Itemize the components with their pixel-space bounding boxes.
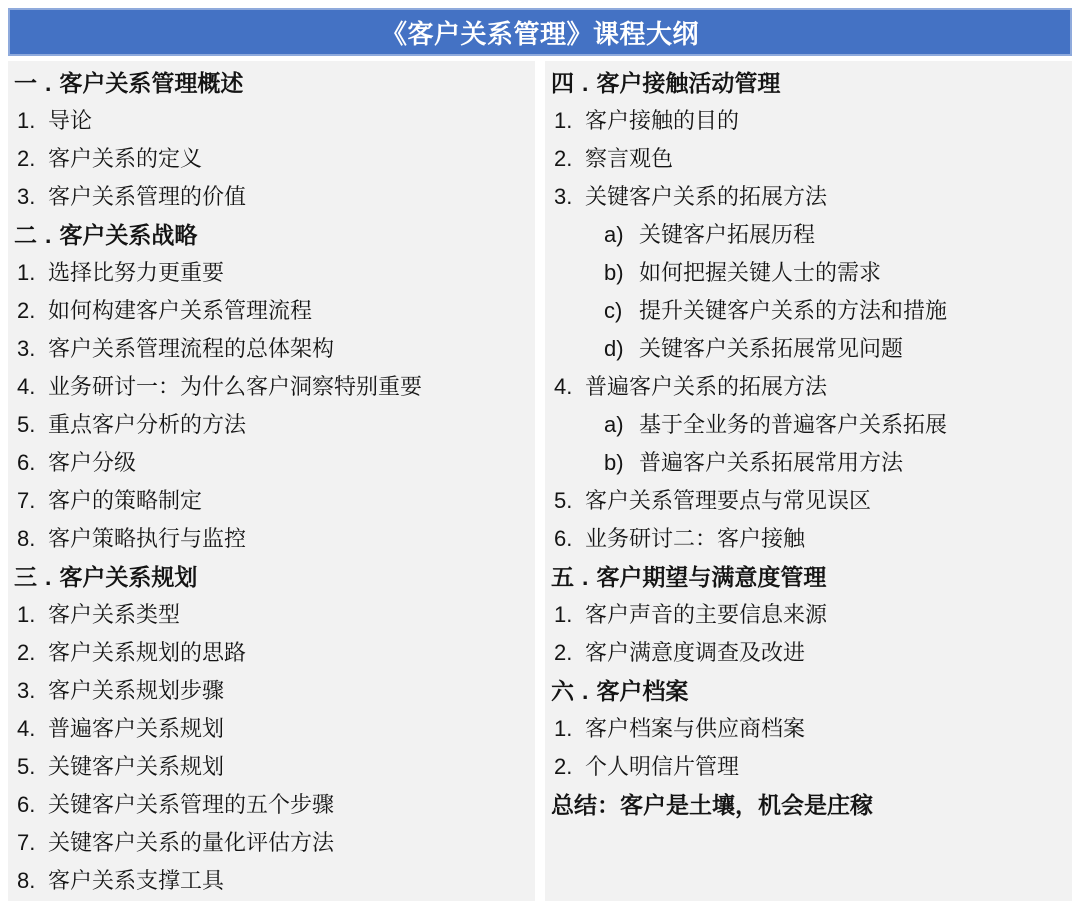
outline-item: 3.客户关系管理的价值 — [8, 178, 535, 216]
outline-item: 8.客户策略执行与监控 — [8, 520, 535, 558]
section-title: 客户接触活动管理 — [596, 72, 780, 95]
section-number: 一 — [14, 72, 37, 95]
item-number: 2. — [554, 642, 585, 664]
slide: 《客户关系管理》课程大纲 一.客户关系管理概述1.导论2.客户关系的定义3.客户… — [0, 0, 1080, 915]
section-number-separator: . — [582, 566, 588, 589]
summary-line: 总结：客户是土壤，机会是庄稼 — [545, 786, 1072, 824]
sub-item-letter: c) — [604, 300, 639, 322]
item-number: 8. — [17, 528, 48, 550]
outline-sub-item: c)提升关键客户关系的方法和措施 — [545, 292, 1072, 330]
item-text: 如何构建客户关系管理流程 — [48, 300, 312, 322]
item-text: 察言观色 — [585, 148, 673, 170]
item-text: 选择比努力更重要 — [48, 262, 224, 284]
item-number: 2. — [17, 148, 48, 170]
item-text: 业务研讨二：客户接触 — [585, 528, 805, 550]
outline-item: 5.重点客户分析的方法 — [8, 406, 535, 444]
outline-sub-item: a)关键客户拓展历程 — [545, 216, 1072, 254]
item-text: 关键客户关系的拓展方法 — [585, 186, 827, 208]
outline-sub-item: a)基于全业务的普遍客户关系拓展 — [545, 406, 1072, 444]
outline-item: 4.业务研讨一：为什么客户洞察特别重要 — [8, 368, 535, 406]
item-text: 客户关系的定义 — [48, 148, 202, 170]
outline-item: 8.客户关系支撑工具 — [8, 862, 535, 900]
item-number: 7. — [17, 490, 48, 512]
item-number: 8. — [17, 870, 48, 892]
item-text: 客户档案与供应商档案 — [585, 718, 805, 740]
sub-item-text: 基于全业务的普遍客户关系拓展 — [639, 414, 947, 436]
page-title: 《客户关系管理》课程大纲 — [381, 14, 699, 51]
outline-item: 3.客户关系管理流程的总体架构 — [8, 330, 535, 368]
outline-column-left: 一.客户关系管理概述1.导论2.客户关系的定义3.客户关系管理的价值二.客户关系… — [8, 61, 535, 901]
item-number: 1. — [554, 110, 585, 132]
item-number: 3. — [554, 186, 585, 208]
item-number: 1. — [554, 604, 585, 626]
section-number-separator: . — [45, 72, 51, 95]
item-number: 5. — [554, 490, 585, 512]
sub-item-letter: b) — [604, 452, 639, 474]
item-text: 个人明信片管理 — [585, 756, 739, 778]
section-number: 六 — [551, 680, 574, 703]
item-number: 2. — [17, 642, 48, 664]
outline-item: 1.客户档案与供应商档案 — [545, 710, 1072, 748]
outline-item: 4.普遍客户关系规划 — [8, 710, 535, 748]
item-text: 客户策略执行与监控 — [48, 528, 246, 550]
item-number: 6. — [554, 528, 585, 550]
item-text: 普遍客户关系规划 — [48, 718, 224, 740]
section-title: 客户关系管理概述 — [59, 72, 243, 95]
item-text: 客户关系管理流程的总体架构 — [48, 338, 334, 360]
outline-item: 5.关键客户关系规划 — [8, 748, 535, 786]
sub-item-letter: a) — [604, 414, 639, 436]
sub-item-letter: a) — [604, 224, 639, 246]
item-text: 客户满意度调查及改进 — [585, 642, 805, 664]
section-number: 二 — [14, 224, 37, 247]
item-number: 5. — [17, 756, 48, 778]
outline-item: 6.关键客户关系管理的五个步骤 — [8, 786, 535, 824]
item-text: 关键客户关系管理的五个步骤 — [48, 794, 334, 816]
outline-item: 2.客户满意度调查及改进 — [545, 634, 1072, 672]
outline-item: 3.客户关系规划步骤 — [8, 672, 535, 710]
sub-item-text: 提升关键客户关系的方法和措施 — [639, 300, 947, 322]
outline-item: 1.选择比努力更重要 — [8, 254, 535, 292]
sub-item-text: 普遍客户关系拓展常用方法 — [639, 452, 903, 474]
outline-item: 2.如何构建客户关系管理流程 — [8, 292, 535, 330]
outline-item: 6.业务研讨二：客户接触 — [545, 520, 1072, 558]
outline-item: 2.客户关系的定义 — [8, 140, 535, 178]
item-number: 5. — [17, 414, 48, 436]
item-number: 7. — [17, 832, 48, 854]
item-text: 客户接触的目的 — [585, 110, 739, 132]
outline-item: 6.客户分级 — [8, 444, 535, 482]
item-text: 重点客户分析的方法 — [48, 414, 246, 436]
section-title: 客户关系规划 — [59, 566, 197, 589]
outline-item: 2.客户关系规划的思路 — [8, 634, 535, 672]
item-text: 客户声音的主要信息来源 — [585, 604, 827, 626]
section-number: 四 — [551, 72, 574, 95]
section-heading: 六.客户档案 — [545, 672, 1072, 710]
item-text: 客户关系规划步骤 — [48, 680, 224, 702]
section-heading: 五.客户期望与满意度管理 — [545, 558, 1072, 596]
outline-item: 2.个人明信片管理 — [545, 748, 1072, 786]
sub-item-text: 关键客户关系拓展常见问题 — [639, 338, 903, 360]
outline-item: 2.察言观色 — [545, 140, 1072, 178]
item-number: 3. — [17, 186, 48, 208]
item-number: 6. — [17, 452, 48, 474]
section-heading: 三.客户关系规划 — [8, 558, 535, 596]
outline-item: 1.客户接触的目的 — [545, 102, 1072, 140]
item-number: 2. — [17, 300, 48, 322]
sub-item-letter: d) — [604, 338, 639, 360]
section-number-separator: . — [582, 72, 588, 95]
section-title: 客户关系战略 — [59, 224, 197, 247]
section-heading: 二.客户关系战略 — [8, 216, 535, 254]
item-text: 客户关系管理要点与常见误区 — [585, 490, 871, 512]
title-bar: 《客户关系管理》课程大纲 — [8, 8, 1072, 56]
item-text: 客户的策略制定 — [48, 490, 202, 512]
item-text: 业务研讨一：为什么客户洞察特别重要 — [48, 376, 422, 398]
outline-item: 1.客户关系类型 — [8, 596, 535, 634]
item-number: 3. — [17, 338, 48, 360]
outline-column-right: 四.客户接触活动管理1.客户接触的目的2.察言观色3.关键客户关系的拓展方法a)… — [545, 61, 1072, 901]
item-text: 客户关系支撑工具 — [48, 870, 224, 892]
section-number: 五 — [551, 566, 574, 589]
item-number: 4. — [554, 376, 585, 398]
item-text: 导论 — [48, 110, 92, 132]
sub-item-letter: b) — [604, 262, 639, 284]
outline-item: 3.关键客户关系的拓展方法 — [545, 178, 1072, 216]
item-text: 关键客户关系规划 — [48, 756, 224, 778]
item-number: 1. — [17, 110, 48, 132]
item-number: 1. — [17, 262, 48, 284]
section-number-separator: . — [45, 224, 51, 247]
item-number: 6. — [17, 794, 48, 816]
outline-item: 4.普遍客户关系的拓展方法 — [545, 368, 1072, 406]
item-number: 4. — [17, 718, 48, 740]
outline-item: 5.客户关系管理要点与常见误区 — [545, 482, 1072, 520]
item-text: 客户分级 — [48, 452, 136, 474]
item-text: 客户关系类型 — [48, 604, 180, 626]
item-number: 1. — [17, 604, 48, 626]
outline-sub-item: b)普遍客户关系拓展常用方法 — [545, 444, 1072, 482]
item-number: 2. — [554, 756, 585, 778]
outline-item: 7.关键客户关系的量化评估方法 — [8, 824, 535, 862]
outline-item: 1.客户声音的主要信息来源 — [545, 596, 1072, 634]
item-text: 关键客户关系的量化评估方法 — [48, 832, 334, 854]
outline-item: 7.客户的策略制定 — [8, 482, 535, 520]
section-title: 客户档案 — [596, 680, 688, 703]
outline-sub-item: b)如何把握关键人士的需求 — [545, 254, 1072, 292]
section-number: 三 — [14, 566, 37, 589]
item-number: 4. — [17, 376, 48, 398]
item-number: 3. — [17, 680, 48, 702]
outline-item: 1.导论 — [8, 102, 535, 140]
item-number: 2. — [554, 148, 585, 170]
section-number-separator: . — [45, 566, 51, 589]
item-text: 客户关系规划的思路 — [48, 642, 246, 664]
item-text: 普遍客户关系的拓展方法 — [585, 376, 827, 398]
section-heading: 四.客户接触活动管理 — [545, 64, 1072, 102]
sub-item-text: 关键客户拓展历程 — [639, 224, 815, 246]
course-outline: 一.客户关系管理概述1.导论2.客户关系的定义3.客户关系管理的价值二.客户关系… — [8, 61, 1072, 901]
section-heading: 一.客户关系管理概述 — [8, 64, 535, 102]
outline-sub-item: d)关键客户关系拓展常见问题 — [545, 330, 1072, 368]
section-number-separator: . — [582, 680, 588, 703]
sub-item-text: 如何把握关键人士的需求 — [639, 262, 881, 284]
item-number: 1. — [554, 718, 585, 740]
item-text: 客户关系管理的价值 — [48, 186, 246, 208]
section-title: 客户期望与满意度管理 — [596, 566, 826, 589]
